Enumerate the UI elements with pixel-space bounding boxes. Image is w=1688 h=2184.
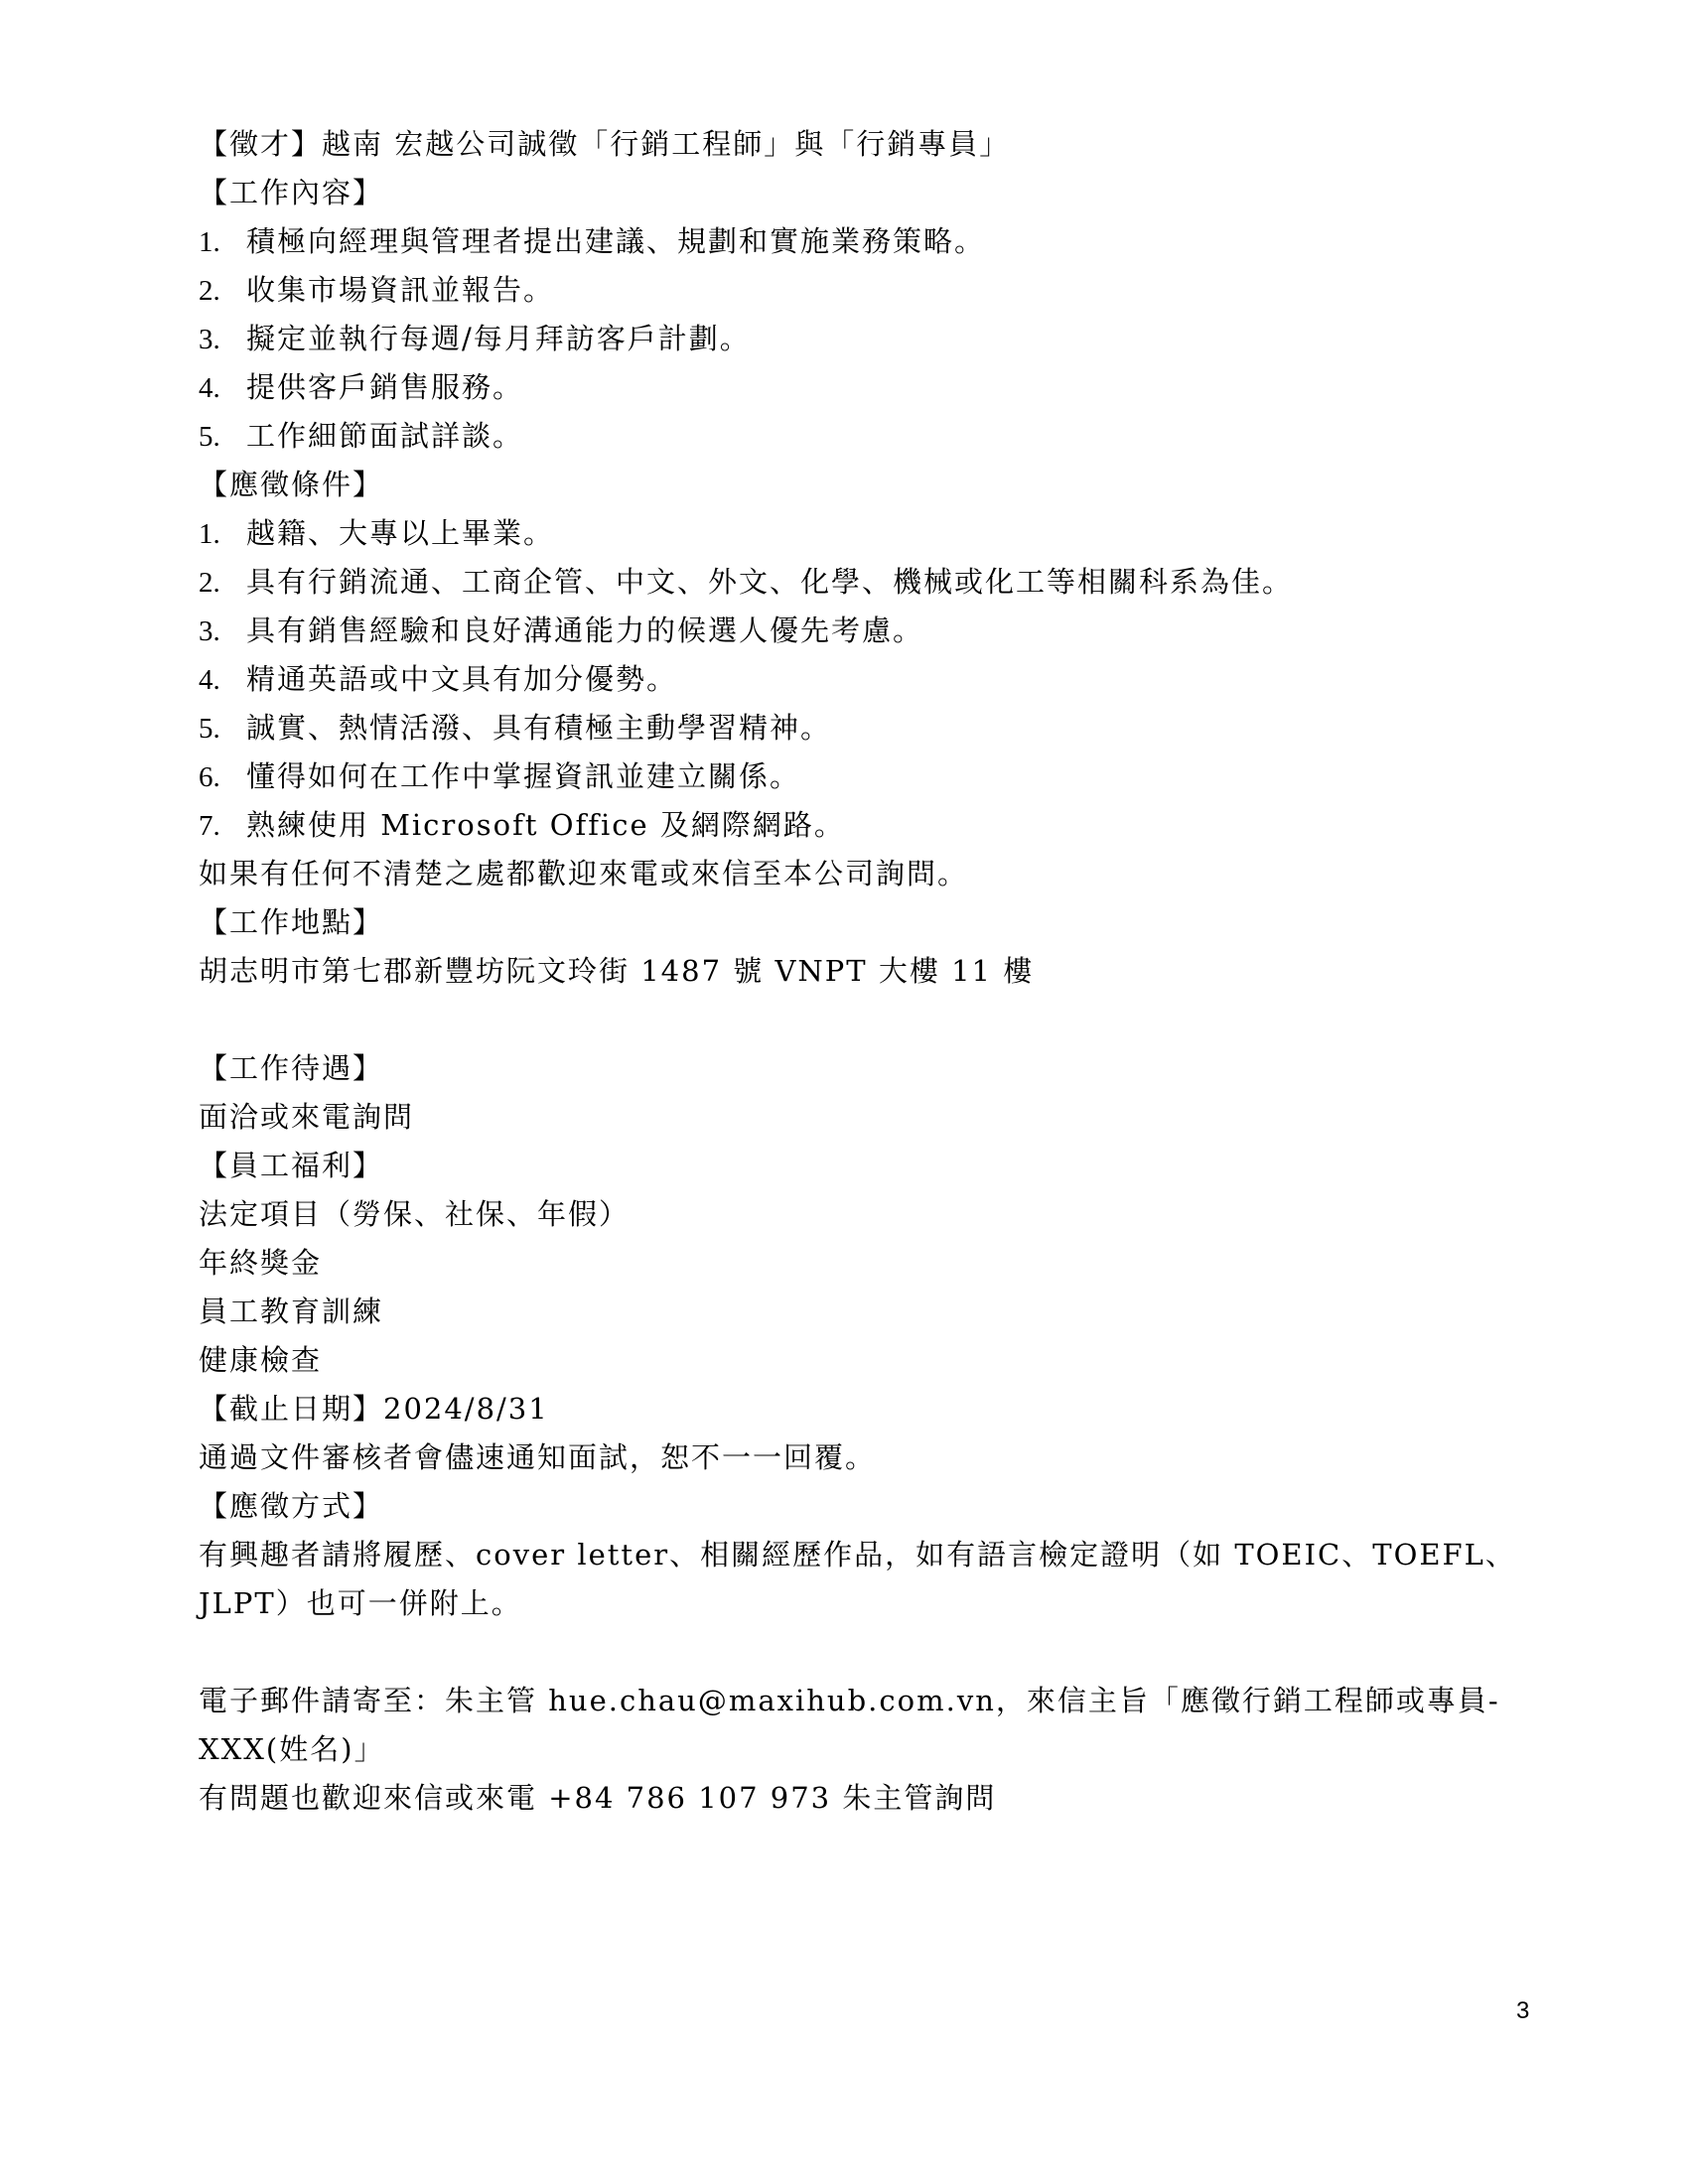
list-item: 4.提供客戶銷售服務。 <box>199 369 523 406</box>
list-item: 1.積極向經理與管理者提出建議、規劃和實施業務策略。 <box>199 223 985 260</box>
page-number: 3 <box>1516 1997 1529 2025</box>
list-item: 2.具有行銷流通、工商企管、中文、外文、化學、機械或化工等相關科系為佳。 <box>199 564 1293 601</box>
list-item: 4.精通英語或中文具有加分優勢。 <box>199 661 677 698</box>
salary-text: 面洽或來電詢問 <box>199 1099 414 1135</box>
document-page: 【徵才】越南 宏越公司誠徵「行銷工程師」與「行銷專員」 【工作內容】 1.積極向… <box>0 0 1688 2184</box>
list-item: 7.熟練使用 Microsoft Office 及網際網路。 <box>199 807 845 844</box>
email-instructions-line1: 電子郵件請寄至：朱主管 hue.chau@maxihub.com.vn，來信主旨… <box>199 1683 1500 1718</box>
list-item: 5.工作細節面試詳談。 <box>199 418 523 455</box>
list-item: 5.誠實、熱情活潑、具有積極主動學習精神。 <box>199 710 831 747</box>
benefit-item: 法定項目（勞保、社保、年假） <box>199 1196 630 1232</box>
section-heading-requirements: 【應徵條件】 <box>199 467 383 502</box>
section-heading-job-content: 【工作內容】 <box>199 175 383 210</box>
deadline-line: 【截止日期】2024/8/31 <box>199 1391 549 1427</box>
list-item: 6.懂得如何在工作中掌握資訊並建立關係。 <box>199 758 800 795</box>
list-item: 3.具有銷售經驗和良好溝通能力的候選人優先考慮。 <box>199 613 923 649</box>
section-heading-location: 【工作地點】 <box>199 904 383 940</box>
location-address: 胡志明市第七郡新豐坊阮文玲街 1487 號 VNPT 大樓 11 樓 <box>199 953 1034 989</box>
apply-instructions-line1: 有興趣者請將履歷、cover letter、相關經歷作品，如有語言檢定證明（如 … <box>199 1537 1516 1572</box>
email-instructions-line2: XXX(姓名)」 <box>199 1731 385 1767</box>
deadline-note: 通過文件審核者會儘速通知面試，恕不一一回覆。 <box>199 1439 876 1475</box>
list-item: 1.越籍、大專以上畢業。 <box>199 515 554 552</box>
benefit-item: 員工教育訓練 <box>199 1294 383 1329</box>
section-heading-apply: 【應徵方式】 <box>199 1488 383 1524</box>
apply-instructions-line2: JLPT）也可一併附上。 <box>199 1585 522 1621</box>
requirements-note: 如果有任何不清楚之處都歡迎來電或來信至本公司詢問。 <box>199 856 968 891</box>
benefit-item: 健康檢查 <box>199 1342 322 1378</box>
section-heading-salary: 【工作待遇】 <box>199 1050 383 1086</box>
document-title: 【徵才】越南 宏越公司誠徵「行銷工程師」與「行銷專員」 <box>199 126 1010 162</box>
list-item: 2.收集市場資訊並報告。 <box>199 272 554 309</box>
phone-contact-line: 有問題也歡迎來信或來電 +84 786 107 973 朱主管詢問 <box>199 1780 996 1816</box>
benefit-item: 年終獎金 <box>199 1245 322 1281</box>
list-item: 3.擬定並執行每週/每月拜訪客戶計劃。 <box>199 321 751 357</box>
section-heading-benefits: 【員工福利】 <box>199 1148 383 1183</box>
